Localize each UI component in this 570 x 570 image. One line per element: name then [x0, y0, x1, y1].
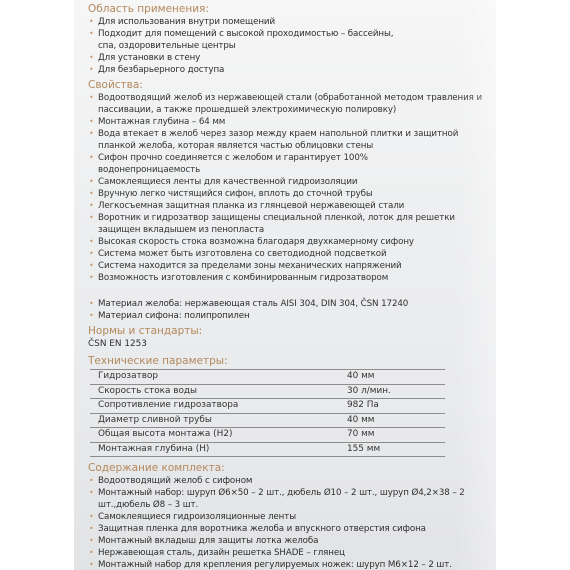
- list-item: Самоклеящиеся гидроизоляционные ленты: [88, 511, 496, 523]
- kit-list: Водоотводящий желоб с сифоном Монтажный …: [88, 475, 496, 570]
- param-value: 70 мм: [347, 428, 445, 443]
- list-item: Высокая скорость стока возможна благодар…: [88, 236, 496, 248]
- param-label: Диаметр сливной трубы: [90, 413, 347, 428]
- list-item: Сифон прочно соединяется с желобом и гар…: [88, 152, 496, 176]
- list-item: Материал сифона: полипропилен: [88, 310, 496, 322]
- list-item: Водоотводящий желоб из нержавеющей стали…: [88, 92, 496, 116]
- list-item: Возможность изготовления с комбинированн…: [88, 272, 496, 284]
- param-value: 155 мм: [347, 442, 445, 457]
- list-item: Система находится за пределами зоны меха…: [88, 260, 496, 272]
- kit-heading: Содержание комплекта:: [88, 461, 496, 475]
- param-label: Общая высота монтажа (H2): [90, 428, 347, 443]
- list-item: Самоклеящиеся ленты для качественной гид…: [88, 176, 496, 188]
- list-item: Монтажный набор для крепления регулируем…: [88, 559, 496, 570]
- list-item: Легкосъемная защитная планка из глянцево…: [88, 200, 496, 212]
- list-item: Монтажный набор: шуруп Ø6×50 – 2 шт., дю…: [88, 487, 496, 511]
- table-row: Диаметр сливной трубы 40 мм: [90, 413, 445, 428]
- standards-heading: Нормы и стандарты:: [88, 324, 496, 338]
- param-value: 40 мм: [347, 413, 445, 428]
- properties-heading: Свойства:: [88, 78, 496, 92]
- table-row: Скорость стока воды 30 л/мин.: [90, 384, 445, 399]
- list-item: Монтажный вкладыш для защиты лотка желоб…: [88, 535, 496, 547]
- technical-parameters-table: Гидрозатвор 40 мм Скорость стока воды 30…: [90, 369, 445, 457]
- technical-heading: Технические параметры:: [88, 354, 496, 368]
- table-row: Общая высота монтажа (H2) 70 мм: [90, 428, 445, 443]
- properties-list: Водоотводящий желоб из нержавеющей стали…: [88, 92, 496, 284]
- param-value: 982 Па: [347, 399, 445, 414]
- spacer: [88, 286, 496, 298]
- standards-value: ČSN EN 1253: [88, 338, 496, 350]
- param-label: Гидрозатвор: [90, 370, 347, 385]
- param-value: 30 л/мин.: [347, 384, 445, 399]
- table-row: Гидрозатвор 40 мм: [90, 370, 445, 385]
- list-item: Система может быть изготовлена со светод…: [88, 248, 496, 260]
- application-heading: Область применения:: [88, 2, 496, 16]
- param-label: Сопротивление гидрозатвора: [90, 399, 347, 414]
- param-label: Монтажная глубина (H): [90, 442, 347, 457]
- table-row: Монтажная глубина (H) 155 мм: [90, 442, 445, 457]
- list-item: Воротник и гидрозатвор защищены специаль…: [88, 212, 496, 236]
- application-list: Для использования внутри помещений Подхо…: [88, 16, 496, 76]
- list-item: Защитная пленка для воротника желоба и в…: [88, 523, 496, 535]
- table-row: Сопротивление гидрозатвора 982 Па: [90, 399, 445, 414]
- list-item: Нержавеющая сталь, дизайн решетка SHADE …: [88, 547, 496, 559]
- list-item: Подходит для помещений с высокой проходи…: [88, 28, 496, 52]
- list-item: Материал желоба: нержавеющая сталь AISI …: [88, 298, 496, 310]
- materials-list: Материал желоба: нержавеющая сталь AISI …: [88, 298, 496, 322]
- list-item: Водоотводящий желоб с сифоном: [88, 475, 496, 487]
- list-item: Для безбарьерного доступа: [88, 64, 496, 76]
- list-item: Вода втекает в желоб через зазор между к…: [88, 128, 496, 152]
- list-item: Вручную легко чистящийся сифон, вплоть д…: [88, 188, 496, 200]
- param-value: 40 мм: [347, 370, 445, 385]
- list-item: Для использования внутри помещений: [88, 16, 496, 28]
- param-label: Скорость стока воды: [90, 384, 347, 399]
- list-item: Монтажная глубина – 64 мм: [88, 116, 496, 128]
- spec-sheet-page: Область применения: Для использования вн…: [74, 0, 496, 570]
- list-item: Для установки в стену: [88, 52, 496, 64]
